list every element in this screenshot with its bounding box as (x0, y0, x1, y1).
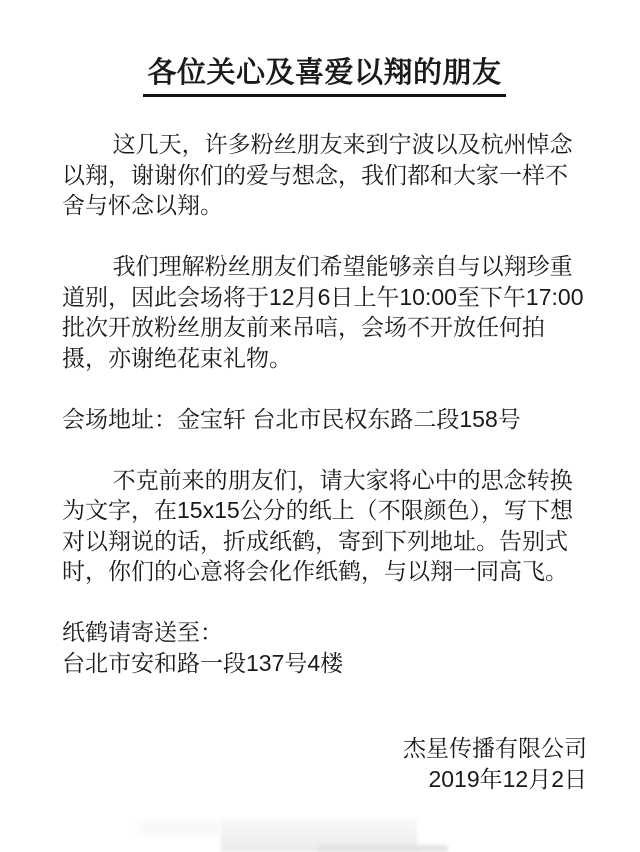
signature-date: 2019年12月2日 (62, 764, 587, 795)
page-title-text: 各位关心及喜爱以翔的朋友 (143, 59, 505, 97)
mailing-block: 纸鹤请寄送至： 台北市安和路一段137号4楼 (62, 617, 587, 678)
signature-company: 杰星传播有限公司 (62, 733, 587, 764)
watermark-smudge (318, 845, 448, 852)
paragraph-memorial-visit-info: 我们理解粉丝朋友们希望能够亲自与以翔珍重道别，因此会场将于12月6日上午10:0… (62, 251, 587, 373)
page-title: 各位关心及喜爱以翔的朋友 (62, 59, 587, 97)
watermark-smudge (140, 822, 220, 834)
signature-block: 杰星传播有限公司 2019年12月2日 (62, 733, 587, 794)
paragraph-condolence-thanks: 这几天，许多粉丝朋友来到宁波以及杭州悼念以翔，谢谢你们的爱与想念，我们都和大家一… (62, 129, 587, 221)
paragraph-paper-crane-request: 不克前来的朋友们，请大家将心中的思念转换为文字，在15x15公分的纸上（不限颜色… (62, 465, 587, 587)
venue-address-line: 会场地址：金宝轩 台北市民权东路二段158号 (62, 404, 587, 435)
mailing-address: 台北市安和路一段137号4楼 (62, 648, 587, 679)
mailing-label: 纸鹤请寄送至： (62, 617, 587, 648)
memorial-notice-page: 各位关心及喜爱以翔的朋友 这几天，许多粉丝朋友来到宁波以及杭州悼念以翔，谢谢你们… (0, 0, 640, 852)
